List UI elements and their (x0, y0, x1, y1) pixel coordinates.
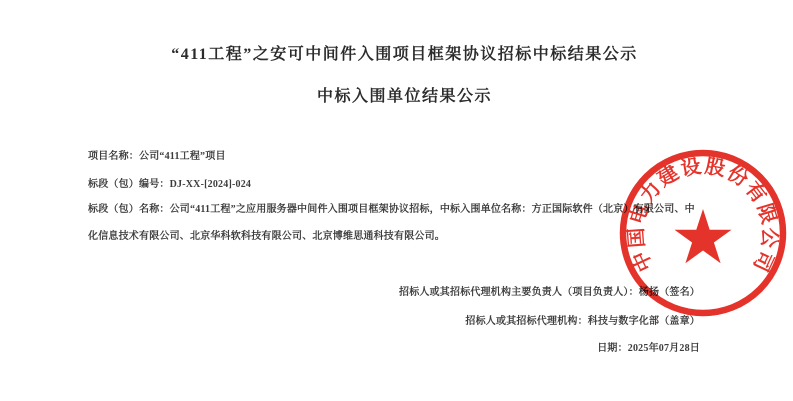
page-title: “411工程”之安可中间件入围项目框架协议招标中标结果公示 (8, 41, 793, 64)
seal-star-icon (675, 209, 732, 263)
svg-text:建: 建 (653, 160, 683, 191)
responsible-person-line: 招标人或其招标代理机构主要负责人（项目负责人）：杨扬（签名） (399, 283, 700, 298)
svg-text:限: 限 (753, 201, 781, 227)
svg-text:司: 司 (749, 247, 778, 275)
section-number-line: 标段（包）编号：DJ-XX-[2024]-024 (88, 175, 251, 190)
svg-text:股: 股 (703, 154, 728, 180)
announcement-page: “411工程”之安可中间件入围项目框架协议招标中标结果公示 中标入围单位结果公示… (0, 0, 793, 401)
svg-text:设: 设 (679, 154, 703, 180)
svg-text:公: 公 (757, 227, 781, 250)
page-subtitle: 中标入围单位结果公示 (8, 83, 793, 106)
project-name-line: 项目名称：公司“411工程”项目 (88, 147, 226, 162)
date-line: 日期：2025年07月28日 (597, 339, 700, 354)
agency-line: 招标人或其招标代理机构：科技与数字化部（盖章） (465, 312, 700, 327)
svg-text:份: 份 (723, 160, 753, 191)
svg-text:国: 国 (625, 227, 649, 249)
section-name-line-2: 化信息技术有限公司、北京华科软科技有限公司、北京博维思通科技有限公司。 (88, 227, 445, 242)
section-name-line-1: 标段（包）名称：公司“411工程”之应用服务器中间件入围项目框架协议招标，中标入… (88, 200, 695, 215)
svg-text:有: 有 (740, 177, 771, 208)
svg-text:中: 中 (627, 247, 657, 275)
